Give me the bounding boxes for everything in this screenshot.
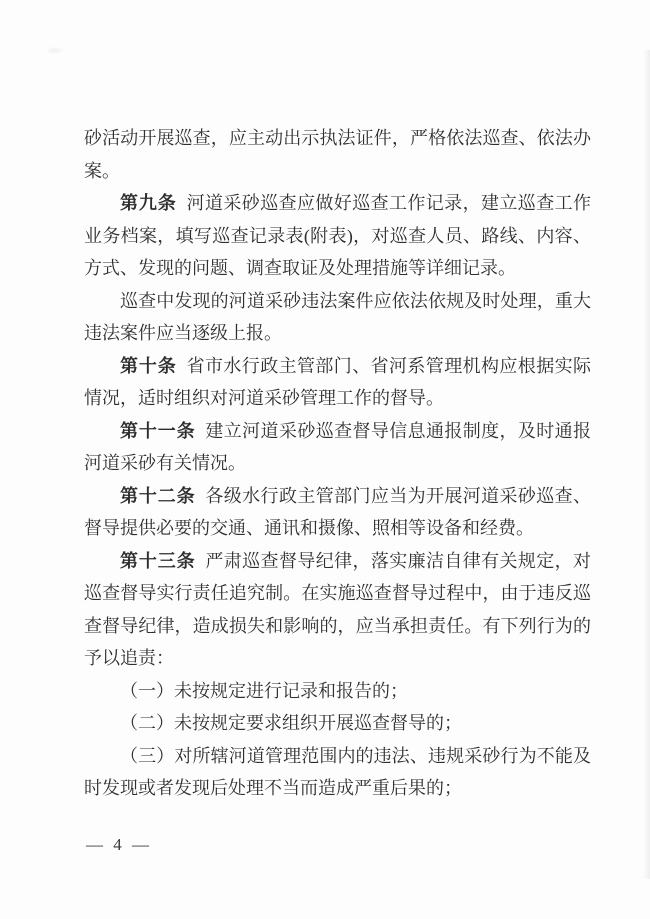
- paragraph-continuation: 砂活动开展巡查，应主动出示执法证件，严格依法巡查、依法办案。: [84, 122, 591, 187]
- article-number: 第十条: [120, 356, 177, 376]
- article-number: 第十一条: [120, 421, 196, 441]
- document-page: 砂活动开展巡查，应主动出示执法证件，严格依法巡查、依法办案。第九条河道采砂巡查应…: [0, 0, 650, 919]
- article-number: 第十二条: [120, 486, 196, 506]
- list-item-2: （二）未按规定要求组织开展巡查督导的；: [84, 707, 591, 740]
- paragraph-article-10: 第十条省市水行政主管部门、省河系管理机构应根据实际情况，适时组织对河道采砂管理工…: [84, 350, 591, 415]
- paragraph-article-13: 第十三条严肃巡查督导纪律，落实廉洁自律有关规定，对巡查督导实行责任追究制。在实施…: [84, 545, 591, 675]
- list-item-1: （一）未按规定进行记录和报告的；: [84, 675, 591, 708]
- scan-edge-shadow: [643, 50, 650, 879]
- scan-smudge: [48, 48, 62, 53]
- paragraph-article-11: 第十一条建立河道采砂巡查督导信息通报制度，及时通报河道采砂有关情况。: [84, 415, 591, 480]
- paragraph-violation-cases: 巡查中发现的河道采砂违法案件应依法依规及时处理，重大违法案件应当逐级上报。: [84, 285, 591, 350]
- paragraph-article-12: 第十二条各级水行政主管部门应当为开展河道采砂巡查、督导提供必要的交通、通讯和摄像…: [84, 480, 591, 545]
- list-item-3: （三）对所辖河道管理范围内的违法、违规采砂行为不能及时发现或者发现后处理不当而造…: [84, 740, 591, 805]
- paragraph-article-9: 第九条河道采砂巡查应做好巡查工作记录，建立巡查工作业务档案，填写巡查记录表(附表…: [84, 187, 591, 285]
- article-number: 第十三条: [120, 551, 196, 571]
- document-body: 砂活动开展巡查，应主动出示执法证件，严格依法巡查、依法办案。第九条河道采砂巡查应…: [84, 122, 591, 805]
- article-number: 第九条: [120, 193, 177, 213]
- page-number: — 4 —: [86, 835, 152, 855]
